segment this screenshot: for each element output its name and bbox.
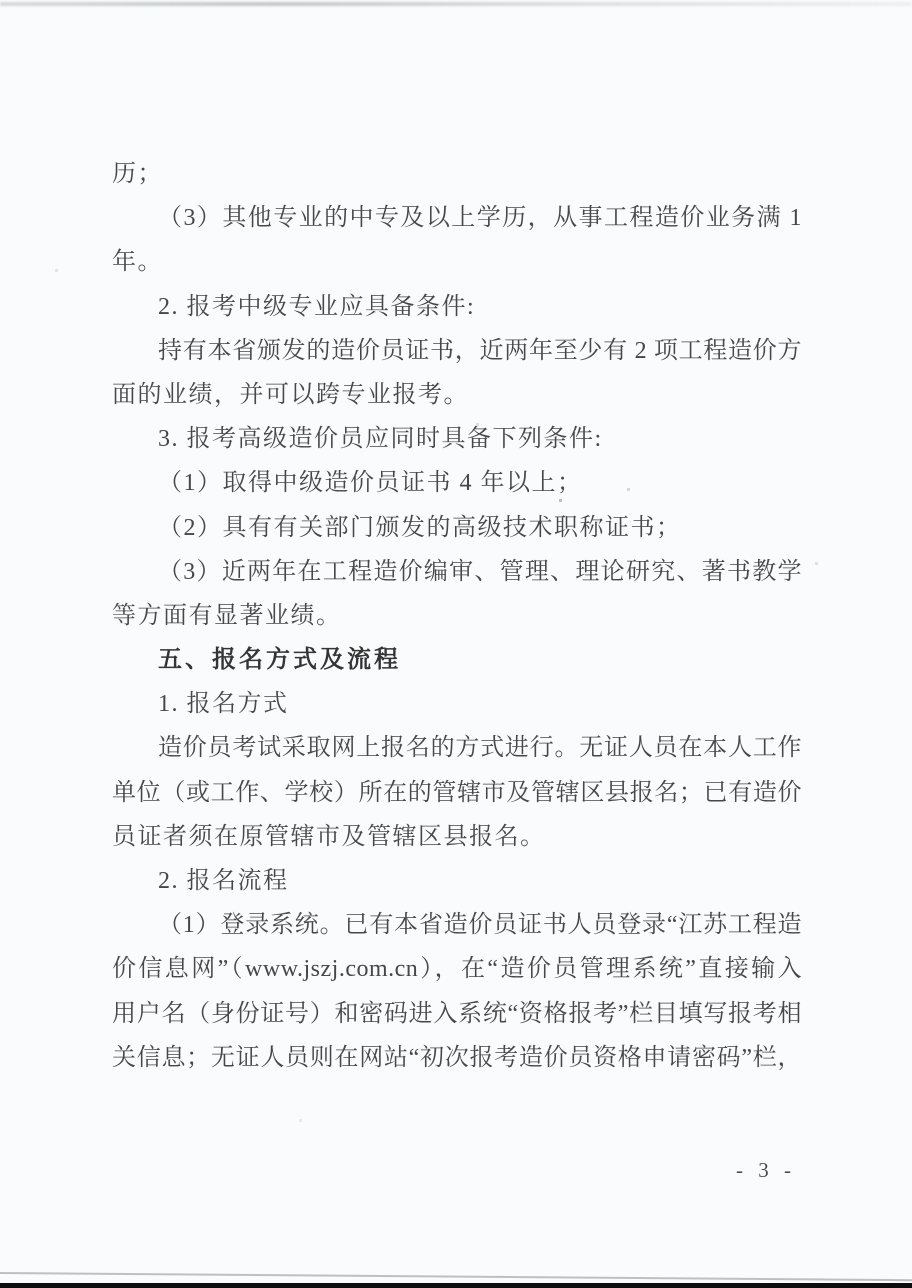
- text-line: 造价员考试采取网上报名的方式进行。无证人员在本人工作: [112, 726, 802, 770]
- text-line: 价信息网”（www.jszj.com.cn），在“造价员管理系统”直接输入: [112, 947, 802, 991]
- text-line: 用户名（身份证号）和密码进入系统“资格报考”栏目填写报考相: [112, 992, 802, 1036]
- text-line: （3）近两年在工程造价编审、管理、理论研究、著书教学: [112, 550, 802, 594]
- text-line: 持有本省颁发的造价员证书，近两年至少有 2 项工程造价方: [112, 329, 802, 373]
- section-heading: 五、报名方式及流程: [112, 638, 802, 682]
- scanned-document-page: 历；（3）其他专业的中专及以上学历，从事工程造价业务满 1年。2. 报考中级专业…: [0, 0, 912, 1288]
- text-line: （3）其他专业的中专及以上学历，从事工程造价业务满 1: [112, 196, 802, 240]
- document-body: 历；（3）其他专业的中专及以上学历，从事工程造价业务满 1年。2. 报考中级专业…: [112, 152, 802, 1080]
- page-number: - 3 -: [736, 1158, 796, 1183]
- text-line: 面的业绩，并可以跨专业报考。: [112, 373, 802, 417]
- text-line: （1）登录系统。已有本省造价员证书人员登录“江苏工程造: [112, 903, 802, 947]
- text-line: 员证者须在原管辖市及管辖区县报名。: [112, 815, 802, 859]
- text-line: 3. 报考高级造价员应同时具备下列条件:: [112, 417, 802, 461]
- text-line: 2. 报考中级专业应具备条件:: [112, 285, 802, 329]
- text-line: 历；: [112, 152, 802, 196]
- scan-page-edge-line: [0, 1272, 912, 1281]
- text-line: 年。: [112, 240, 802, 284]
- scan-top-edge-artifact: [0, 2, 912, 6]
- text-line: 关信息；无证人员则在网站“初次报考造价员资格申请密码”栏，: [112, 1036, 802, 1080]
- text-line: 1. 报名方式: [112, 682, 802, 726]
- scan-bottom-bar: [0, 1283, 912, 1288]
- scan-dust-specks: [0, 0, 1, 1]
- text-line: （2）具有有关部门颁发的高级技术职称证书；: [112, 506, 802, 550]
- text-line: 单位（或工作、学校）所在的管辖市及管辖区县报名；已有造价: [112, 771, 802, 815]
- text-line: （1）取得中级造价员证书 4 年以上；: [112, 461, 802, 505]
- text-line: 2. 报名流程: [112, 859, 802, 903]
- text-line: 等方面有显著业绩。: [112, 594, 802, 638]
